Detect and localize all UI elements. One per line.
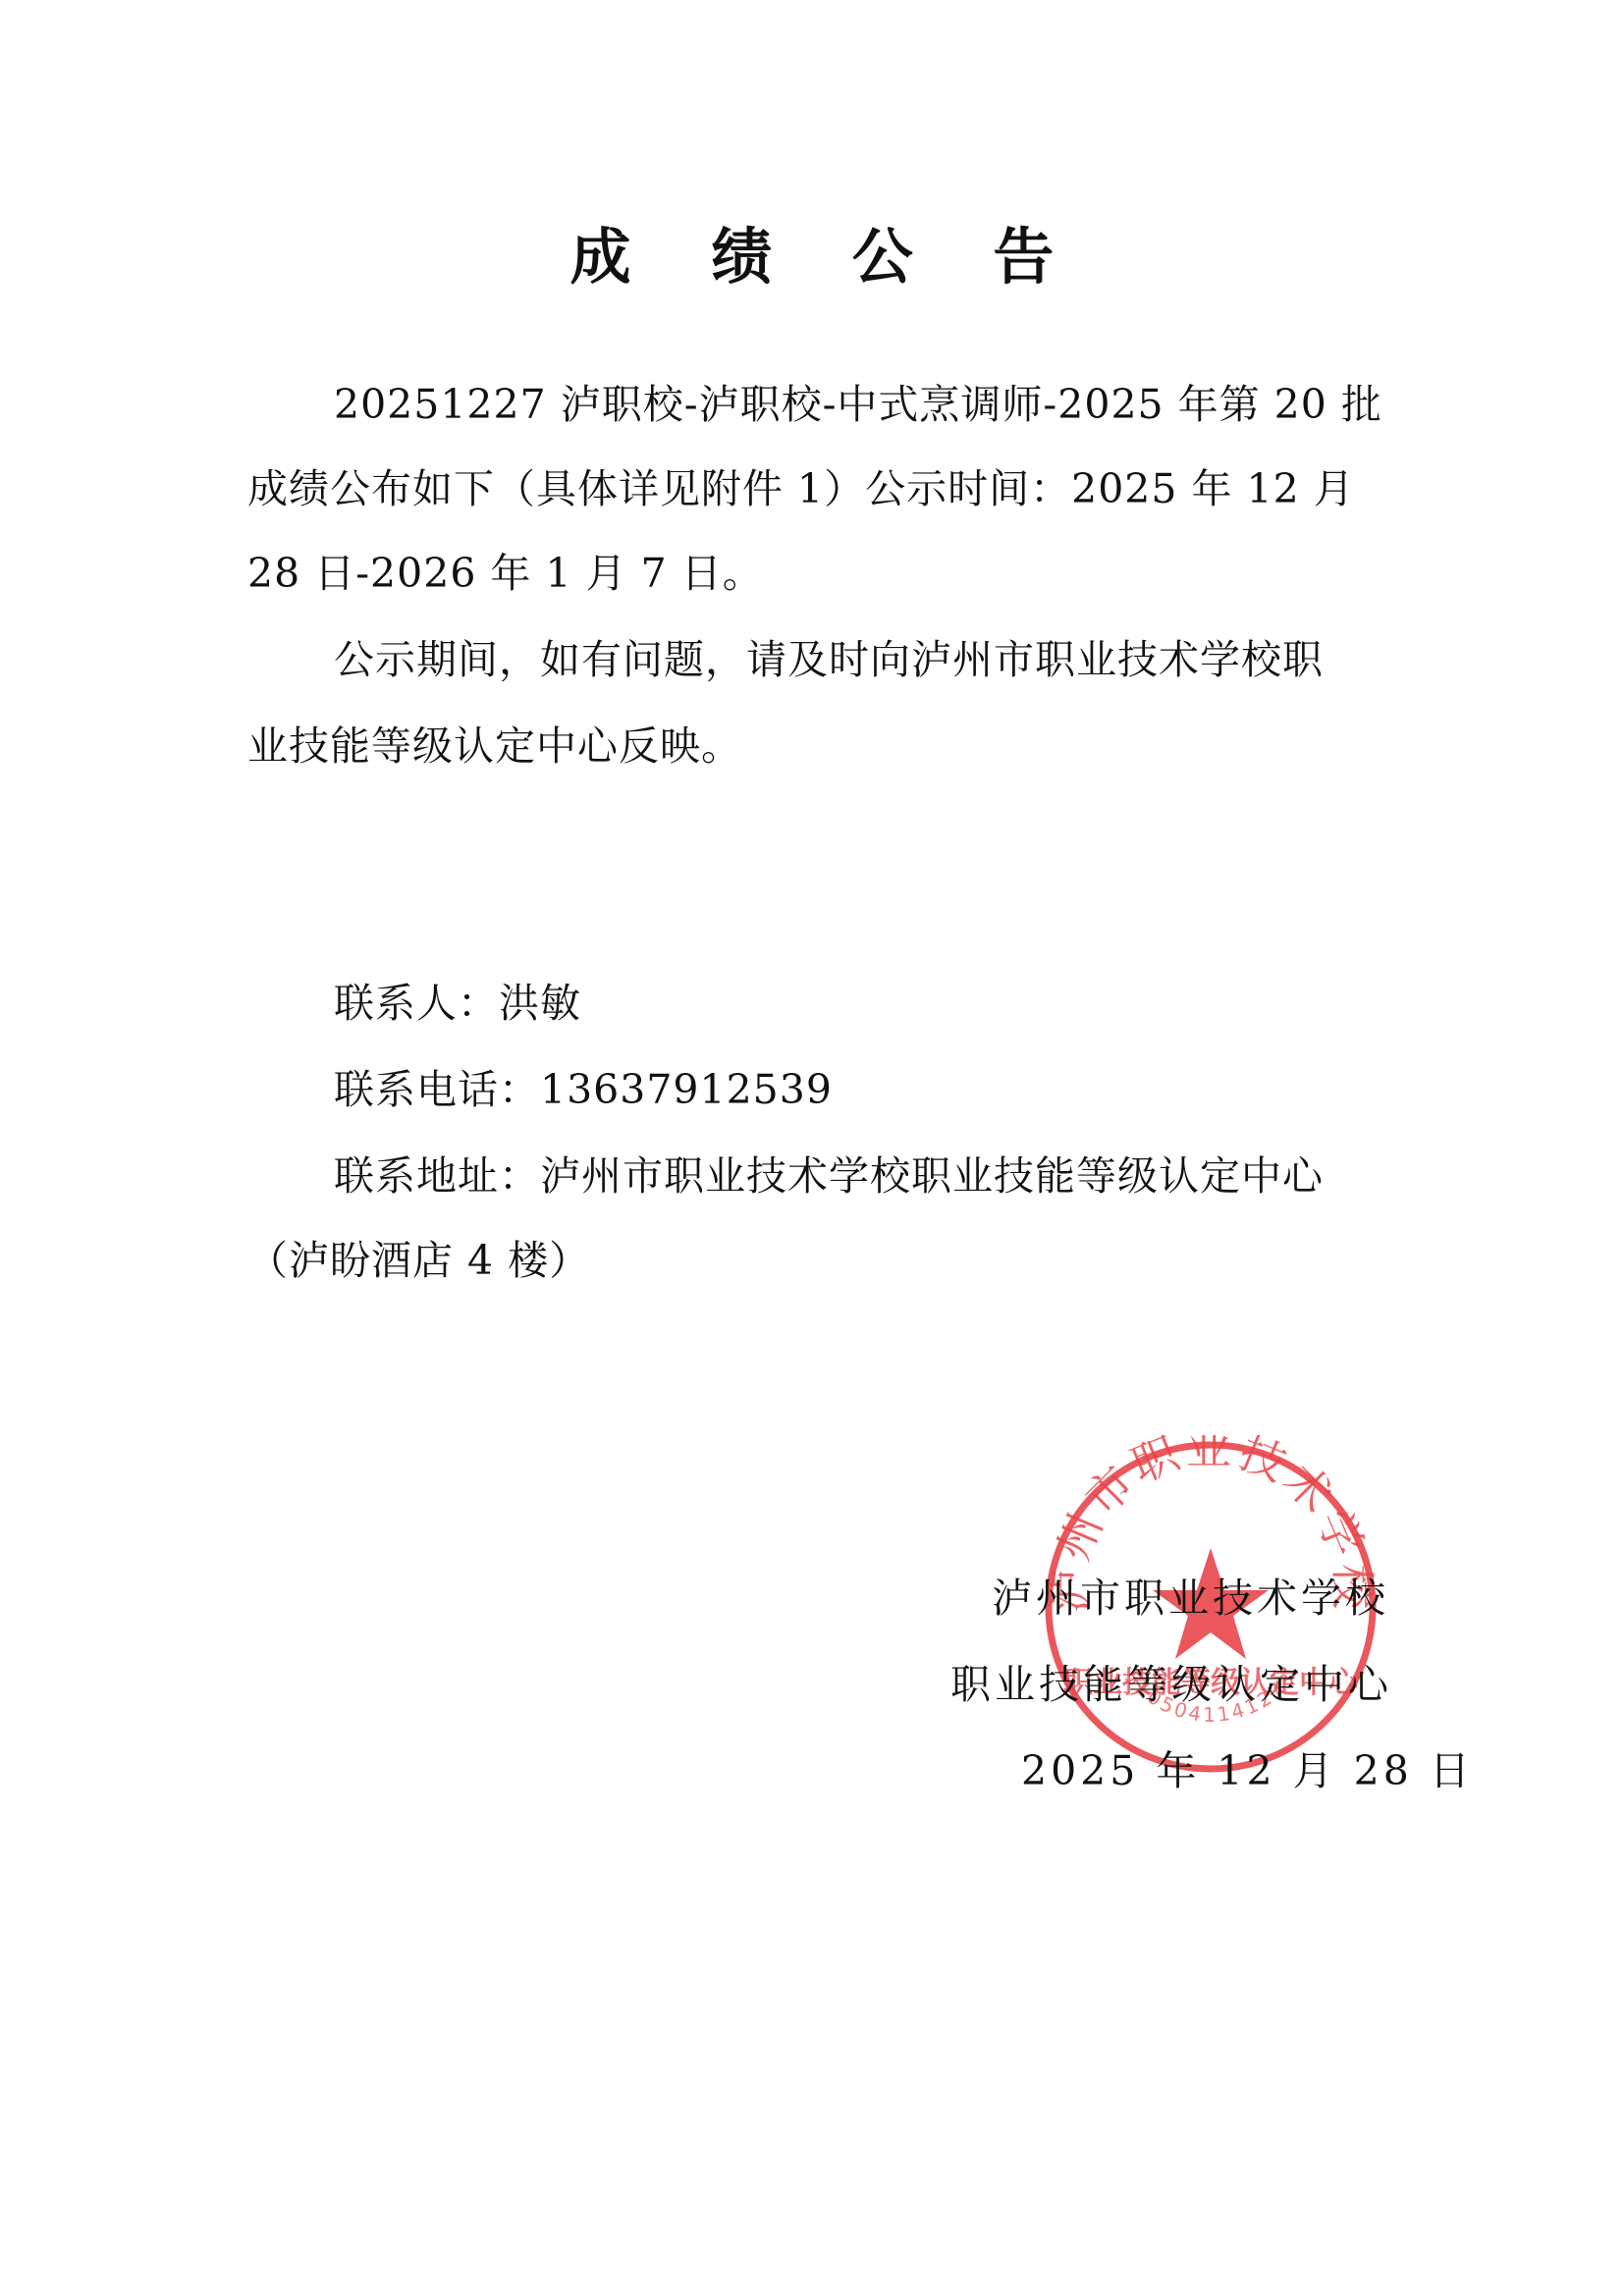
signature-org-line-2: 职业技能等级认定中心	[950, 1665, 1392, 1705]
body-line-3: 28 日-2026 年 1 月 7 日。	[247, 554, 764, 594]
signature-org-line-1: 泸州市职业技术学校	[992, 1578, 1389, 1619]
body-line-4: 公示期间，如有问题，请及时向泸州市职业技术学校职	[334, 640, 1324, 680]
contact-phone: 联系电话：13637912539	[334, 1070, 833, 1110]
contact-address-cont: （泸盼酒店 4 楼）	[247, 1241, 590, 1281]
body-line-2: 成绩公布如下（具体详见附件 1）公示时间：2025 年 12 月	[247, 469, 1355, 509]
page-title: 成 绩 公 告	[0, 208, 1624, 295]
body-line-1: 20251227 泸职校-泸职校-中式烹调师-2025 年第 20 批	[334, 385, 1382, 425]
signature-date: 2025 年 12 月 28 日	[1021, 1751, 1474, 1791]
contact-person: 联系人：洪敏	[334, 984, 581, 1024]
contact-address: 联系地址：泸州市职业技术学校职业技能等级认定中心	[334, 1156, 1324, 1197]
body-line-5: 业技能等级认定中心反映。	[247, 726, 742, 767]
